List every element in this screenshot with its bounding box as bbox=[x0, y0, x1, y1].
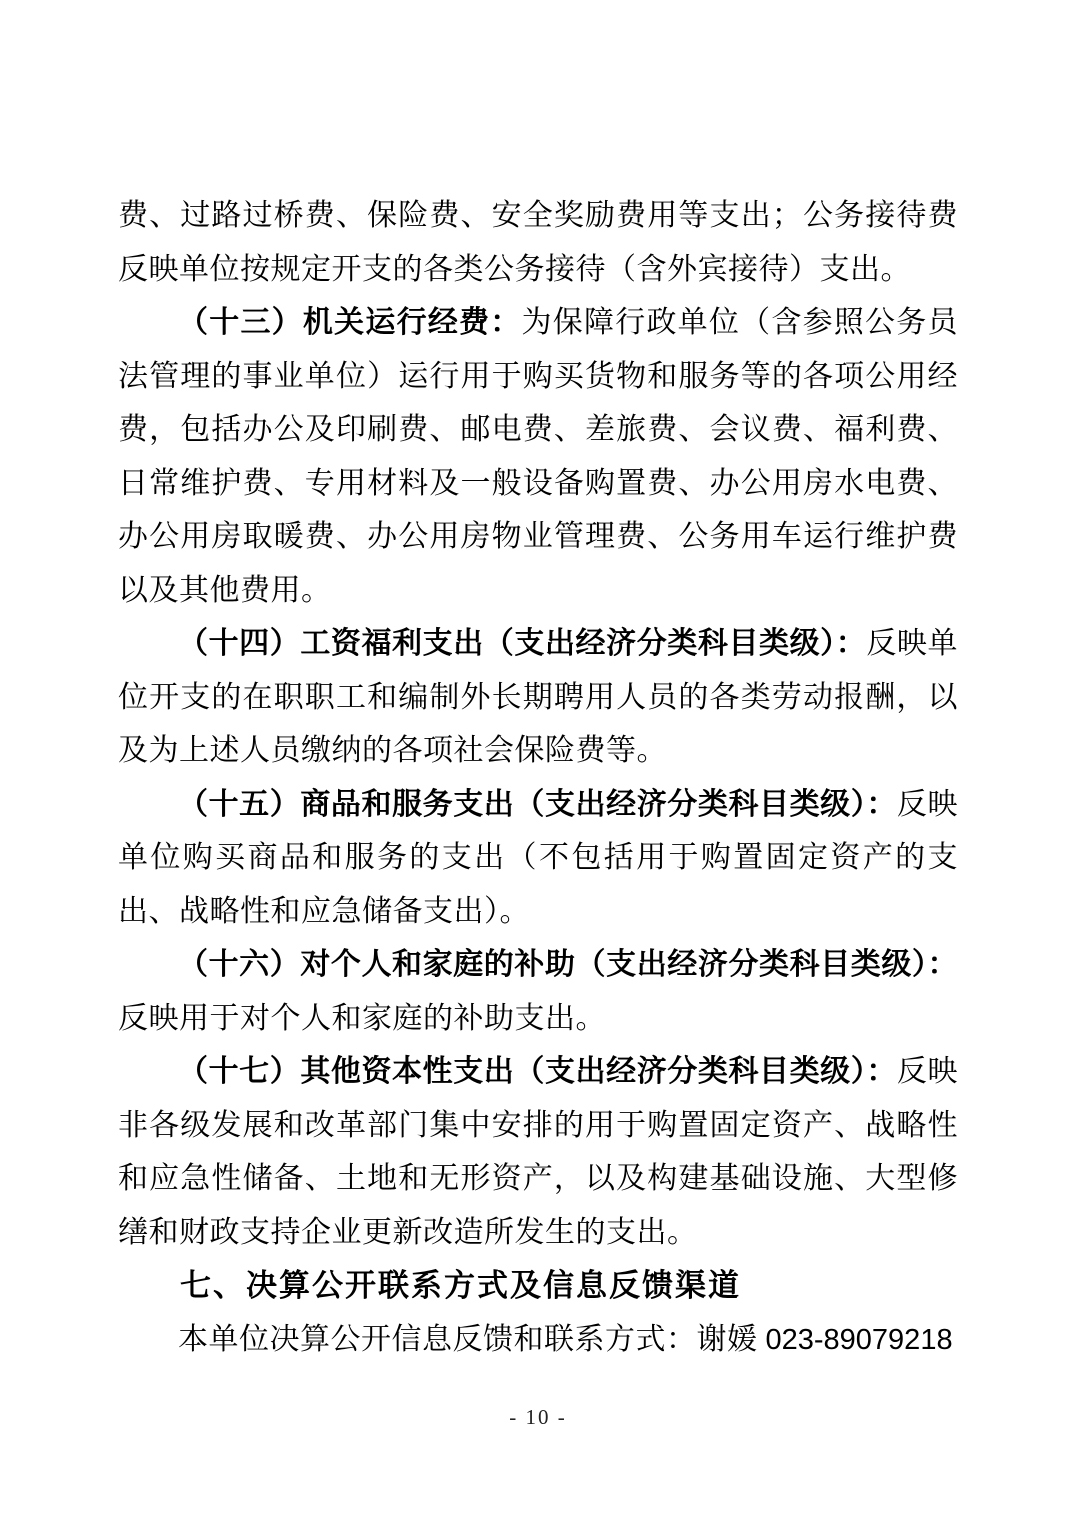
section-heading: 七、决算公开联系方式及信息反馈渠道 bbox=[118, 1259, 958, 1313]
contact-line: 本单位决算公开信息反馈和联系方式：谢媛 023-89079218 bbox=[118, 1313, 958, 1368]
paragraph: （十六）对个人和家庭的补助（支出经济分类科目类级）：反映用于对个人和家庭的补助支… bbox=[118, 938, 958, 1045]
page-footer: - 10 - bbox=[0, 1402, 1076, 1432]
contact-text: 本单位决算公开信息反馈和联系方式：谢媛 bbox=[178, 1323, 766, 1356]
paragraph: （十四）工资福利支出（支出经济分类科目类级）：反映单位开支的在职职工和编制外长期… bbox=[118, 617, 958, 778]
paragraph: （十三）机关运行经费：为保障行政单位（含参照公务员法管理的事业单位）运行用于购买… bbox=[118, 296, 958, 617]
contact-phone: 023-89079218 bbox=[766, 1324, 953, 1356]
paragraph-body: 为保障行政单位（含参照公务员法管理的事业单位）运行用于购买货物和服务等的各项公用… bbox=[118, 306, 958, 607]
paragraph-body: 反映用于对个人和家庭的补助支出。 bbox=[118, 1002, 606, 1035]
paragraph-head: （十三）机关运行经费： bbox=[178, 306, 522, 339]
paragraph-head: （十四）工资福利支出（支出经济分类科目类级）： bbox=[178, 627, 866, 660]
paragraph: （十五）商品和服务支出（支出经济分类科目类级）：反映单位购买商品和服务的支出（不… bbox=[118, 778, 958, 939]
document-body: 费、过路过桥费、保险费、安全奖励费用等支出；公务接待费反映单位按规定开支的各类公… bbox=[118, 189, 958, 1367]
paragraph-head: （十七）其他资本性支出（支出经济分类科目类级）： bbox=[178, 1055, 897, 1088]
paragraph-body: 费、过路过桥费、保险费、安全奖励费用等支出；公务接待费反映单位按规定开支的各类公… bbox=[118, 199, 958, 286]
paragraph-head: （十五）商品和服务支出（支出经济分类科目类级）： bbox=[178, 788, 897, 821]
paragraph: （十七）其他资本性支出（支出经济分类科目类级）：反映非各级发展和改革部门集中安排… bbox=[118, 1045, 958, 1259]
paragraph: 费、过路过桥费、保险费、安全奖励费用等支出；公务接待费反映单位按规定开支的各类公… bbox=[118, 189, 958, 296]
page-number: - 10 - bbox=[509, 1405, 567, 1429]
document-page: 费、过路过桥费、保险费、安全奖励费用等支出；公务接待费反映单位按规定开支的各类公… bbox=[0, 0, 1076, 1519]
paragraph-head: （十六）对个人和家庭的补助（支出经济分类科目类级）： bbox=[178, 948, 958, 981]
